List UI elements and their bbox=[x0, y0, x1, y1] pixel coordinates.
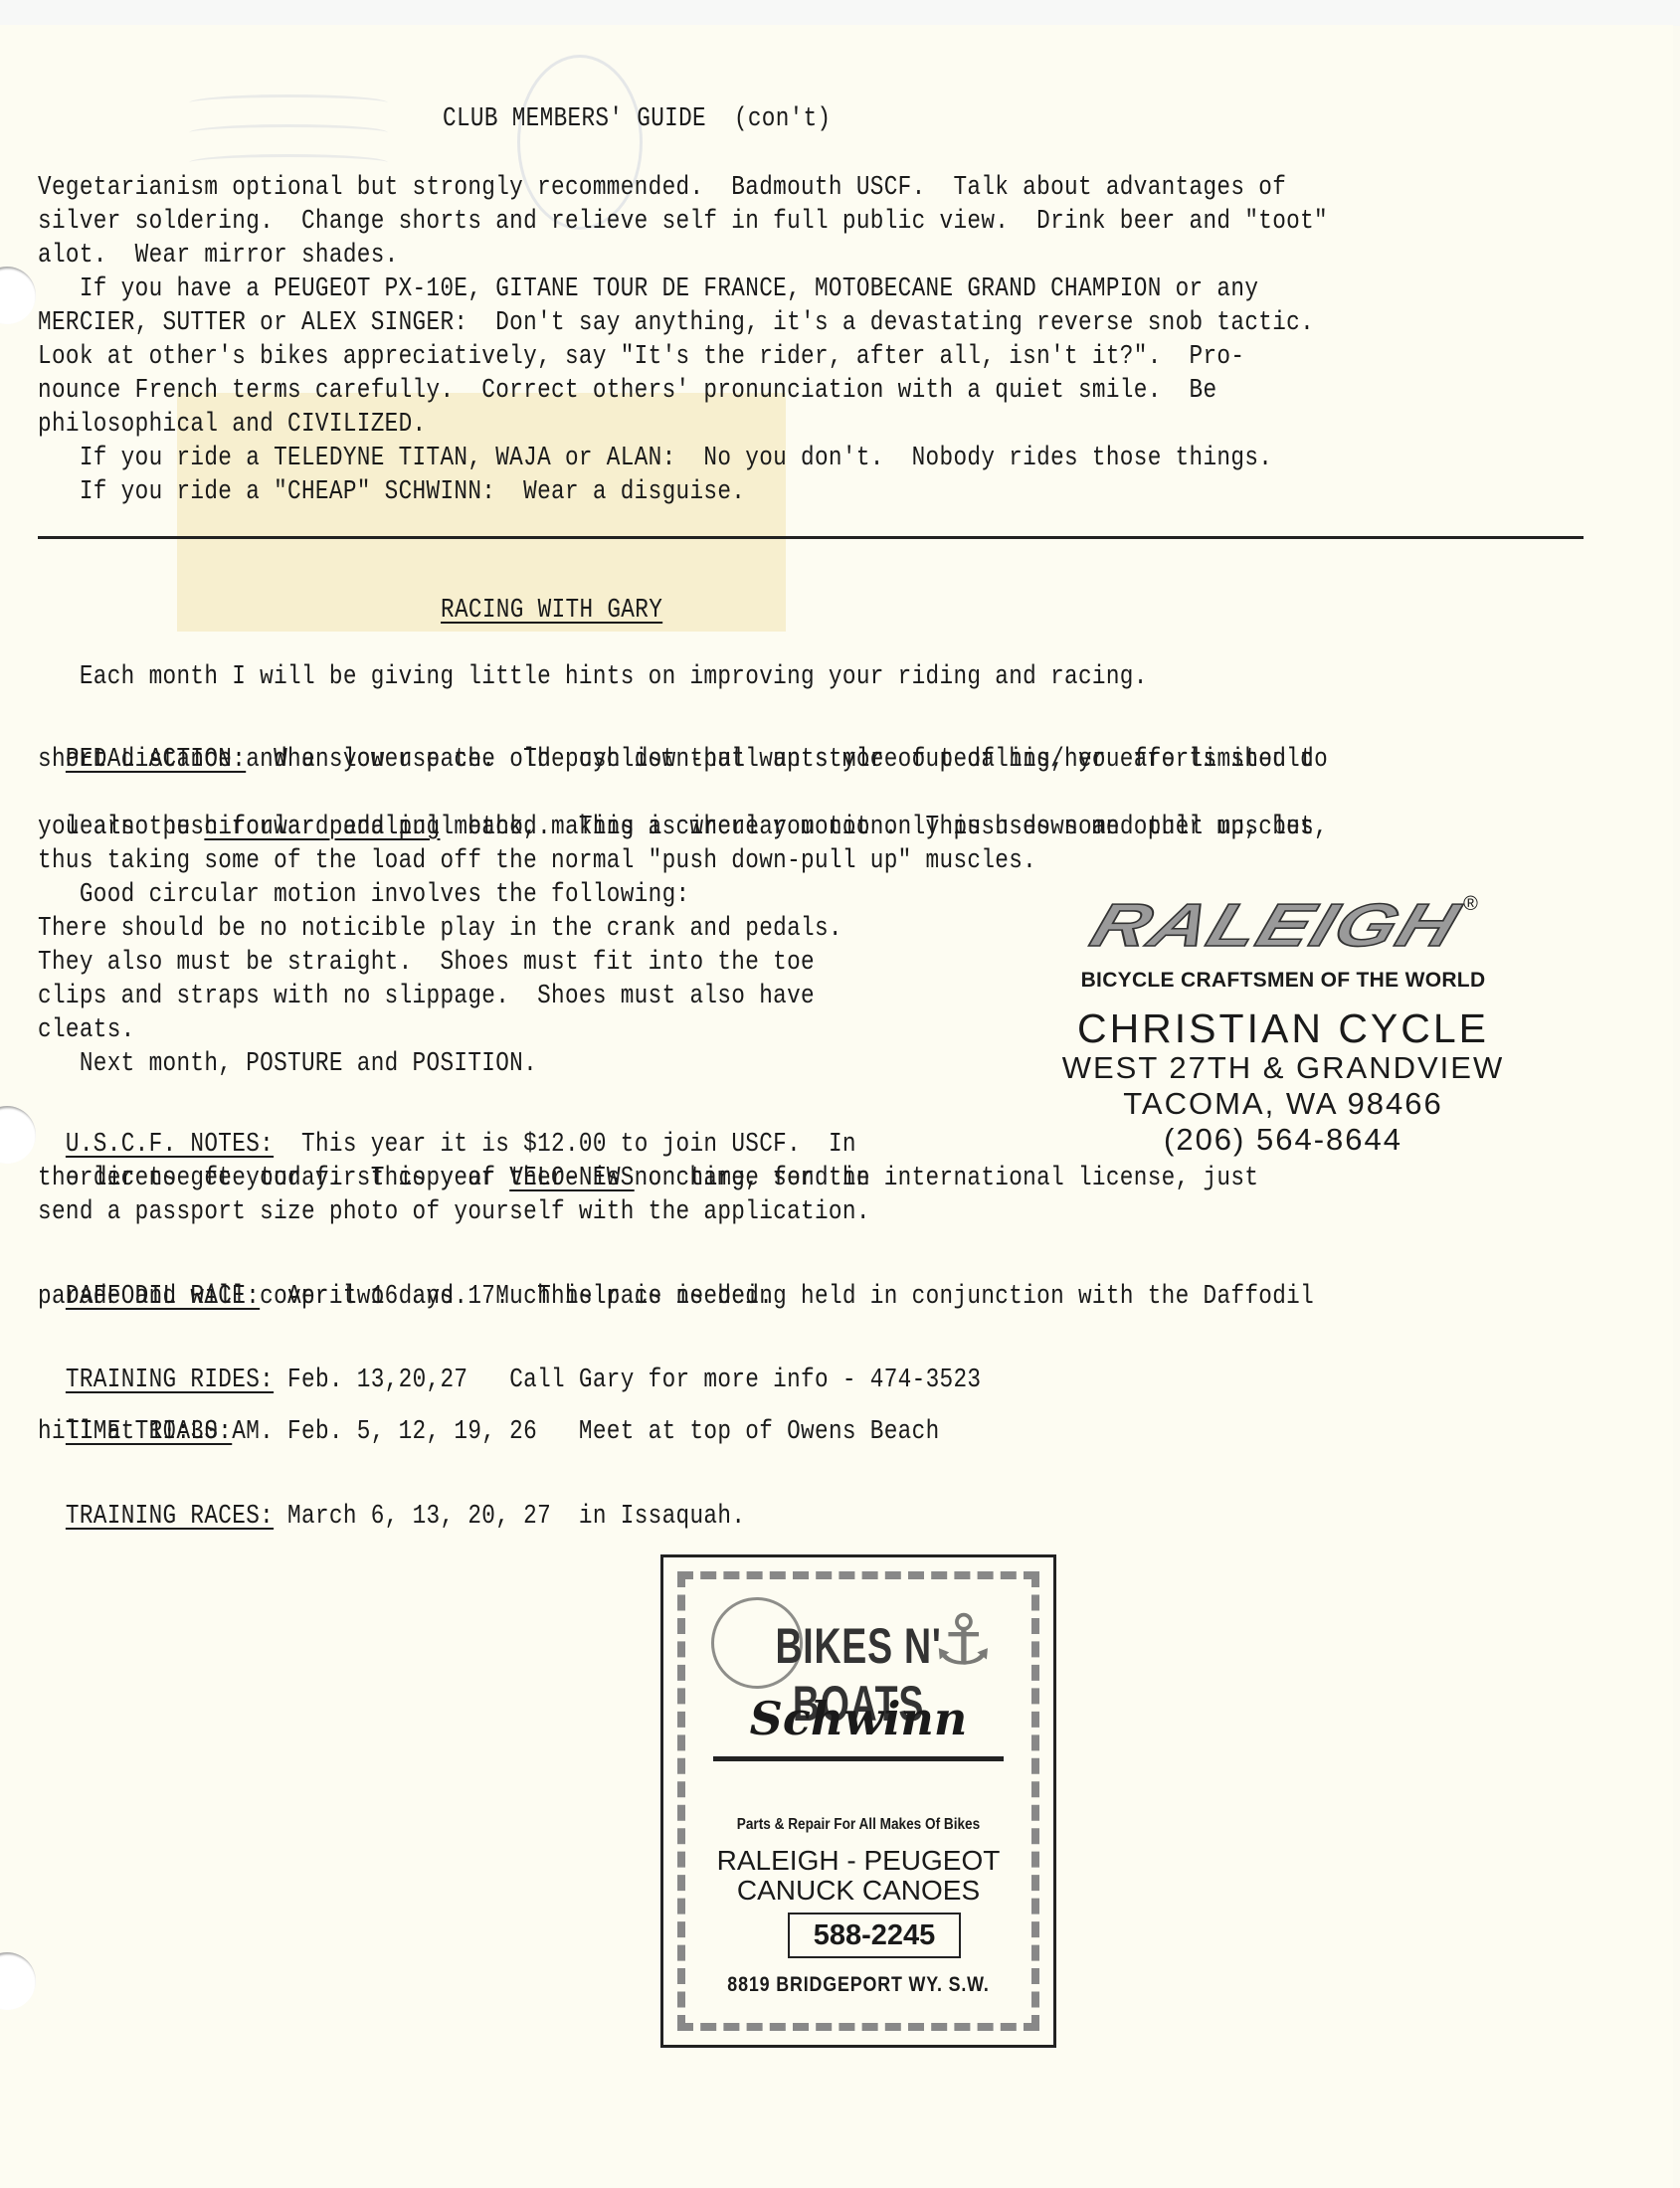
postmark-wave bbox=[189, 154, 388, 171]
text-line: Next month, POSTURE and POSITION. bbox=[38, 1047, 537, 1081]
text-line: If you ride a TELEDYNE TITAN, WAJA or AL… bbox=[38, 442, 1272, 475]
postmark-wave bbox=[189, 94, 388, 111]
text-line: thus taking some of the load off the nor… bbox=[38, 844, 1036, 878]
text-line: Look at other's bikes appreciatively, sa… bbox=[38, 340, 1244, 374]
pedal-action-line: short distance and a slower pace. The cy… bbox=[38, 743, 1314, 777]
schwinn-underline bbox=[713, 1756, 1004, 1761]
uscf-line: the license fee today. This year there i… bbox=[38, 1162, 1258, 1195]
ad-services: Parts & Repair For All Makes Of Bikes bbox=[692, 1816, 1024, 1834]
text-line: silver soldering. Change shorts and reli… bbox=[38, 205, 1328, 239]
ad-address: 8819 BRIDGEPORT WY. S.W. bbox=[692, 1973, 1024, 1997]
raleigh-ad: RALEIGH® BICYCLE CRAFTSMEN OF THE WORLD … bbox=[1034, 885, 1532, 1158]
uscf-line: send a passport size photo of yourself w… bbox=[38, 1195, 870, 1229]
ad-phone: 588-2245 bbox=[788, 1913, 961, 1958]
text-line: There should be no noticible play in the… bbox=[38, 912, 842, 946]
schwinn-logo: Schwinn bbox=[663, 1692, 1053, 1745]
training-races-label: TRAINING RACES: bbox=[66, 1502, 274, 1532]
text-line: you also push forward and pull back, mak… bbox=[38, 811, 1328, 844]
text-line: alot. Wear mirror shades. bbox=[38, 239, 399, 273]
raleigh-tagline: BICYCLE CRAFTSMEN OF THE WORLD bbox=[1034, 969, 1532, 993]
text-line: MERCIER, SUTTER or ALEX SINGER: Don't sa… bbox=[38, 306, 1314, 340]
section-title: RACING WITH GARY bbox=[441, 594, 662, 628]
daffodil-line: parade and will cover two days. Much hel… bbox=[38, 1280, 773, 1314]
text-line: If you ride a "CHEAP" SCHWINN: Wear a di… bbox=[38, 475, 745, 509]
text-line: Vegetarianism optional but strongly reco… bbox=[38, 171, 1286, 205]
bikes-n-boats-ad: ⚓ BIKES N' BOATS Schwinn Parts & Repair … bbox=[660, 1554, 1056, 2048]
shop-name: CHRISTIAN CYCLE bbox=[1034, 1006, 1532, 1050]
registered-mark: ® bbox=[1463, 893, 1478, 915]
text-line: If you have a PEUGEOT PX-10E, GITANE TOU… bbox=[38, 273, 1258, 306]
scan-top-margin bbox=[0, 0, 1680, 26]
text-line: They also must be straight. Shoes must f… bbox=[38, 946, 815, 980]
raleigh-logo: RALEIGH bbox=[1084, 894, 1467, 956]
intro-text: Each month I will be giving little hints… bbox=[38, 660, 1148, 694]
ad-brands: RALEIGH - PEUGEOT CANUCK CANOES bbox=[663, 1846, 1053, 1906]
shop-city: TACOMA, WA 98466 bbox=[1034, 1086, 1532, 1122]
text-line: philosophical and CIVILIZED. bbox=[38, 408, 426, 442]
guide-title: CLUB MEMBERS' GUIDE (con't) bbox=[443, 102, 831, 136]
text-line: cleats. bbox=[38, 1013, 135, 1047]
time-trials-line: hill at 10:30 AM. bbox=[38, 1415, 274, 1449]
text-line: Good circular motion involves the follow… bbox=[38, 878, 689, 912]
shop-address: WEST 27TH & GRANDVIEW bbox=[1034, 1050, 1532, 1086]
training-races-line: TRAINING RACES: March 6, 13, 20, 27 in I… bbox=[38, 1466, 745, 1534]
text-line: clips and straps with no slippage. Shoes… bbox=[38, 980, 815, 1013]
text-line: nounce French terms carefully. Correct o… bbox=[38, 374, 1216, 408]
section-divider bbox=[38, 536, 1584, 539]
shop-phone: (206) 564-8644 bbox=[1034, 1122, 1532, 1158]
postmark-wave bbox=[189, 124, 388, 141]
